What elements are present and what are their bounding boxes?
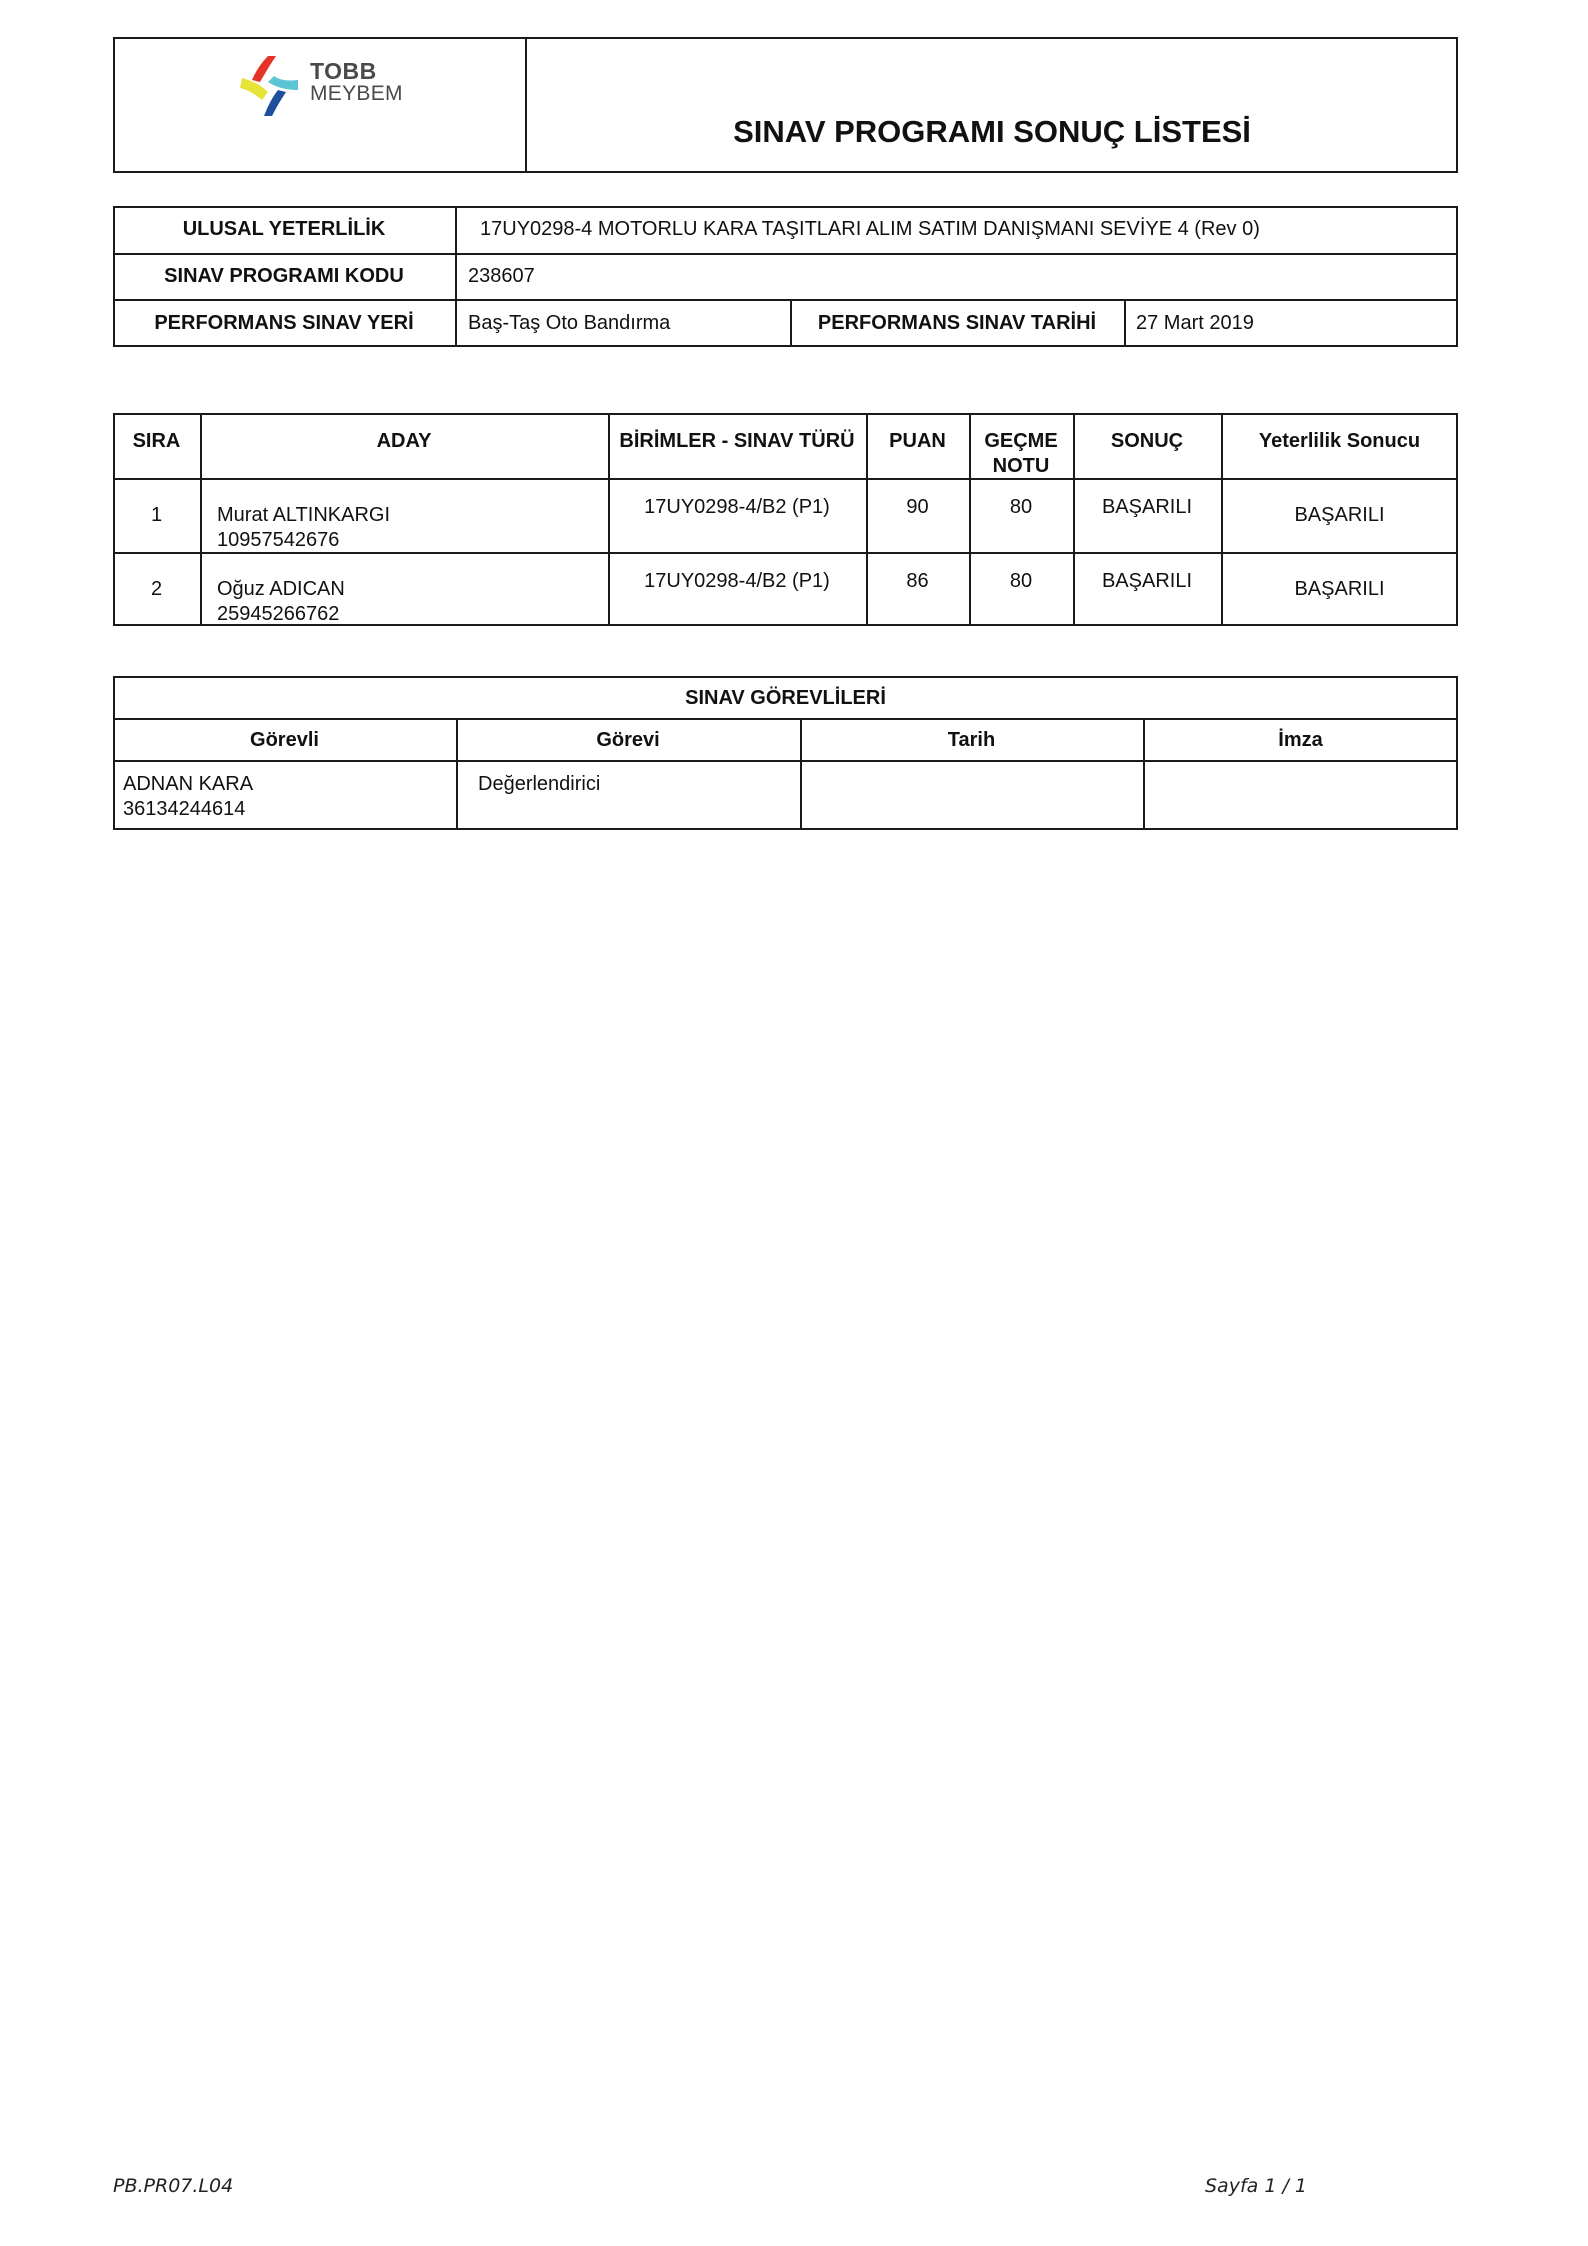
exam-place-value: Baş-Taş Oto Bandırma bbox=[468, 311, 670, 335]
tobb-meybem-logo: TOBB MEYBEM bbox=[238, 52, 408, 122]
header-divider bbox=[525, 37, 527, 173]
exam-date-value: 27 Mart 2019 bbox=[1136, 311, 1254, 335]
exam-date-label: PERFORMANS SINAV TARİHİ bbox=[790, 311, 1124, 335]
col-header-gorevli: Görevli bbox=[113, 728, 456, 752]
results-header-divider bbox=[113, 478, 1458, 480]
cell-candidate-name: Murat ALTINKARGI bbox=[217, 503, 390, 527]
col-header-gecme: GEÇME bbox=[969, 429, 1073, 453]
program-code-value: 238607 bbox=[468, 264, 535, 288]
cell-candidate-name: Oğuz ADICAN bbox=[217, 577, 345, 601]
cell-pass-mark: 80 bbox=[969, 569, 1073, 593]
cell-officer-role: Değerlendirici bbox=[478, 772, 600, 796]
officers-title-divider bbox=[113, 718, 1458, 720]
col-header-imza: İmza bbox=[1143, 728, 1458, 752]
page-title: SINAV PROGRAMI SONUÇ LİSTESİ bbox=[526, 114, 1458, 150]
info-row-divider bbox=[113, 253, 1458, 255]
cell-result: BAŞARILI bbox=[1073, 569, 1221, 593]
logo-mark-icon bbox=[238, 54, 302, 118]
col-header-tarih: Tarih bbox=[800, 728, 1143, 752]
cell-candidate-id: 10957542676 bbox=[217, 528, 339, 552]
exam-place-label: PERFORMANS SINAV YERİ bbox=[113, 311, 455, 335]
logo-text-meybem: MEYBEM bbox=[310, 82, 403, 106]
info-col-divider bbox=[1124, 299, 1126, 347]
cell-pass-mark: 80 bbox=[969, 495, 1073, 519]
results-row-divider bbox=[113, 552, 1458, 554]
col-header-puan: PUAN bbox=[866, 429, 969, 453]
logo-text-tobb: TOBB bbox=[310, 58, 377, 85]
cell-sira: 2 bbox=[113, 577, 200, 601]
col-header-sira: SIRA bbox=[113, 429, 200, 453]
cell-unit: 17UY0298-4/B2 (P1) bbox=[608, 495, 866, 519]
cell-sira: 1 bbox=[113, 503, 200, 527]
cell-result: BAŞARILI bbox=[1073, 495, 1221, 519]
officers-title: SINAV GÖREVLİLERİ bbox=[113, 686, 1458, 710]
qualification-value: 17UY0298-4 MOTORLU KARA TAŞITLARI ALIM S… bbox=[480, 217, 1260, 241]
program-code-label: SINAV PROGRAMI KODU bbox=[113, 264, 455, 288]
col-header-gorevi: Görevi bbox=[456, 728, 800, 752]
cell-qualification-result: BAŞARILI bbox=[1221, 503, 1458, 527]
document-code: PB.PR07.L04 bbox=[113, 2175, 233, 2197]
qualification-label: ULUSAL YETERLİLİK bbox=[113, 217, 455, 241]
col-header-aday: ADAY bbox=[200, 429, 608, 453]
cell-candidate-id: 25945266762 bbox=[217, 602, 339, 626]
cell-officer-id: 36134244614 bbox=[123, 797, 245, 821]
col-header-birimler: BİRİMLER - SINAV TÜRÜ bbox=[608, 429, 866, 453]
info-row-divider bbox=[113, 299, 1458, 301]
cell-qualification-result: BAŞARILI bbox=[1221, 577, 1458, 601]
officers-header-divider bbox=[113, 760, 1458, 762]
cell-score: 90 bbox=[866, 495, 969, 519]
info-col-divider bbox=[455, 206, 457, 347]
page-number: Sayfa 1 / 1 bbox=[1205, 2175, 1307, 2197]
cell-unit: 17UY0298-4/B2 (P1) bbox=[608, 569, 866, 593]
cell-officer-name: ADNAN KARA bbox=[123, 772, 253, 796]
col-header-sonuc: SONUÇ bbox=[1073, 429, 1221, 453]
cell-score: 86 bbox=[866, 569, 969, 593]
col-header-yeterlilik-sonucu: Yeterlilik Sonucu bbox=[1221, 429, 1458, 453]
col-header-notu: NOTU bbox=[969, 454, 1073, 478]
